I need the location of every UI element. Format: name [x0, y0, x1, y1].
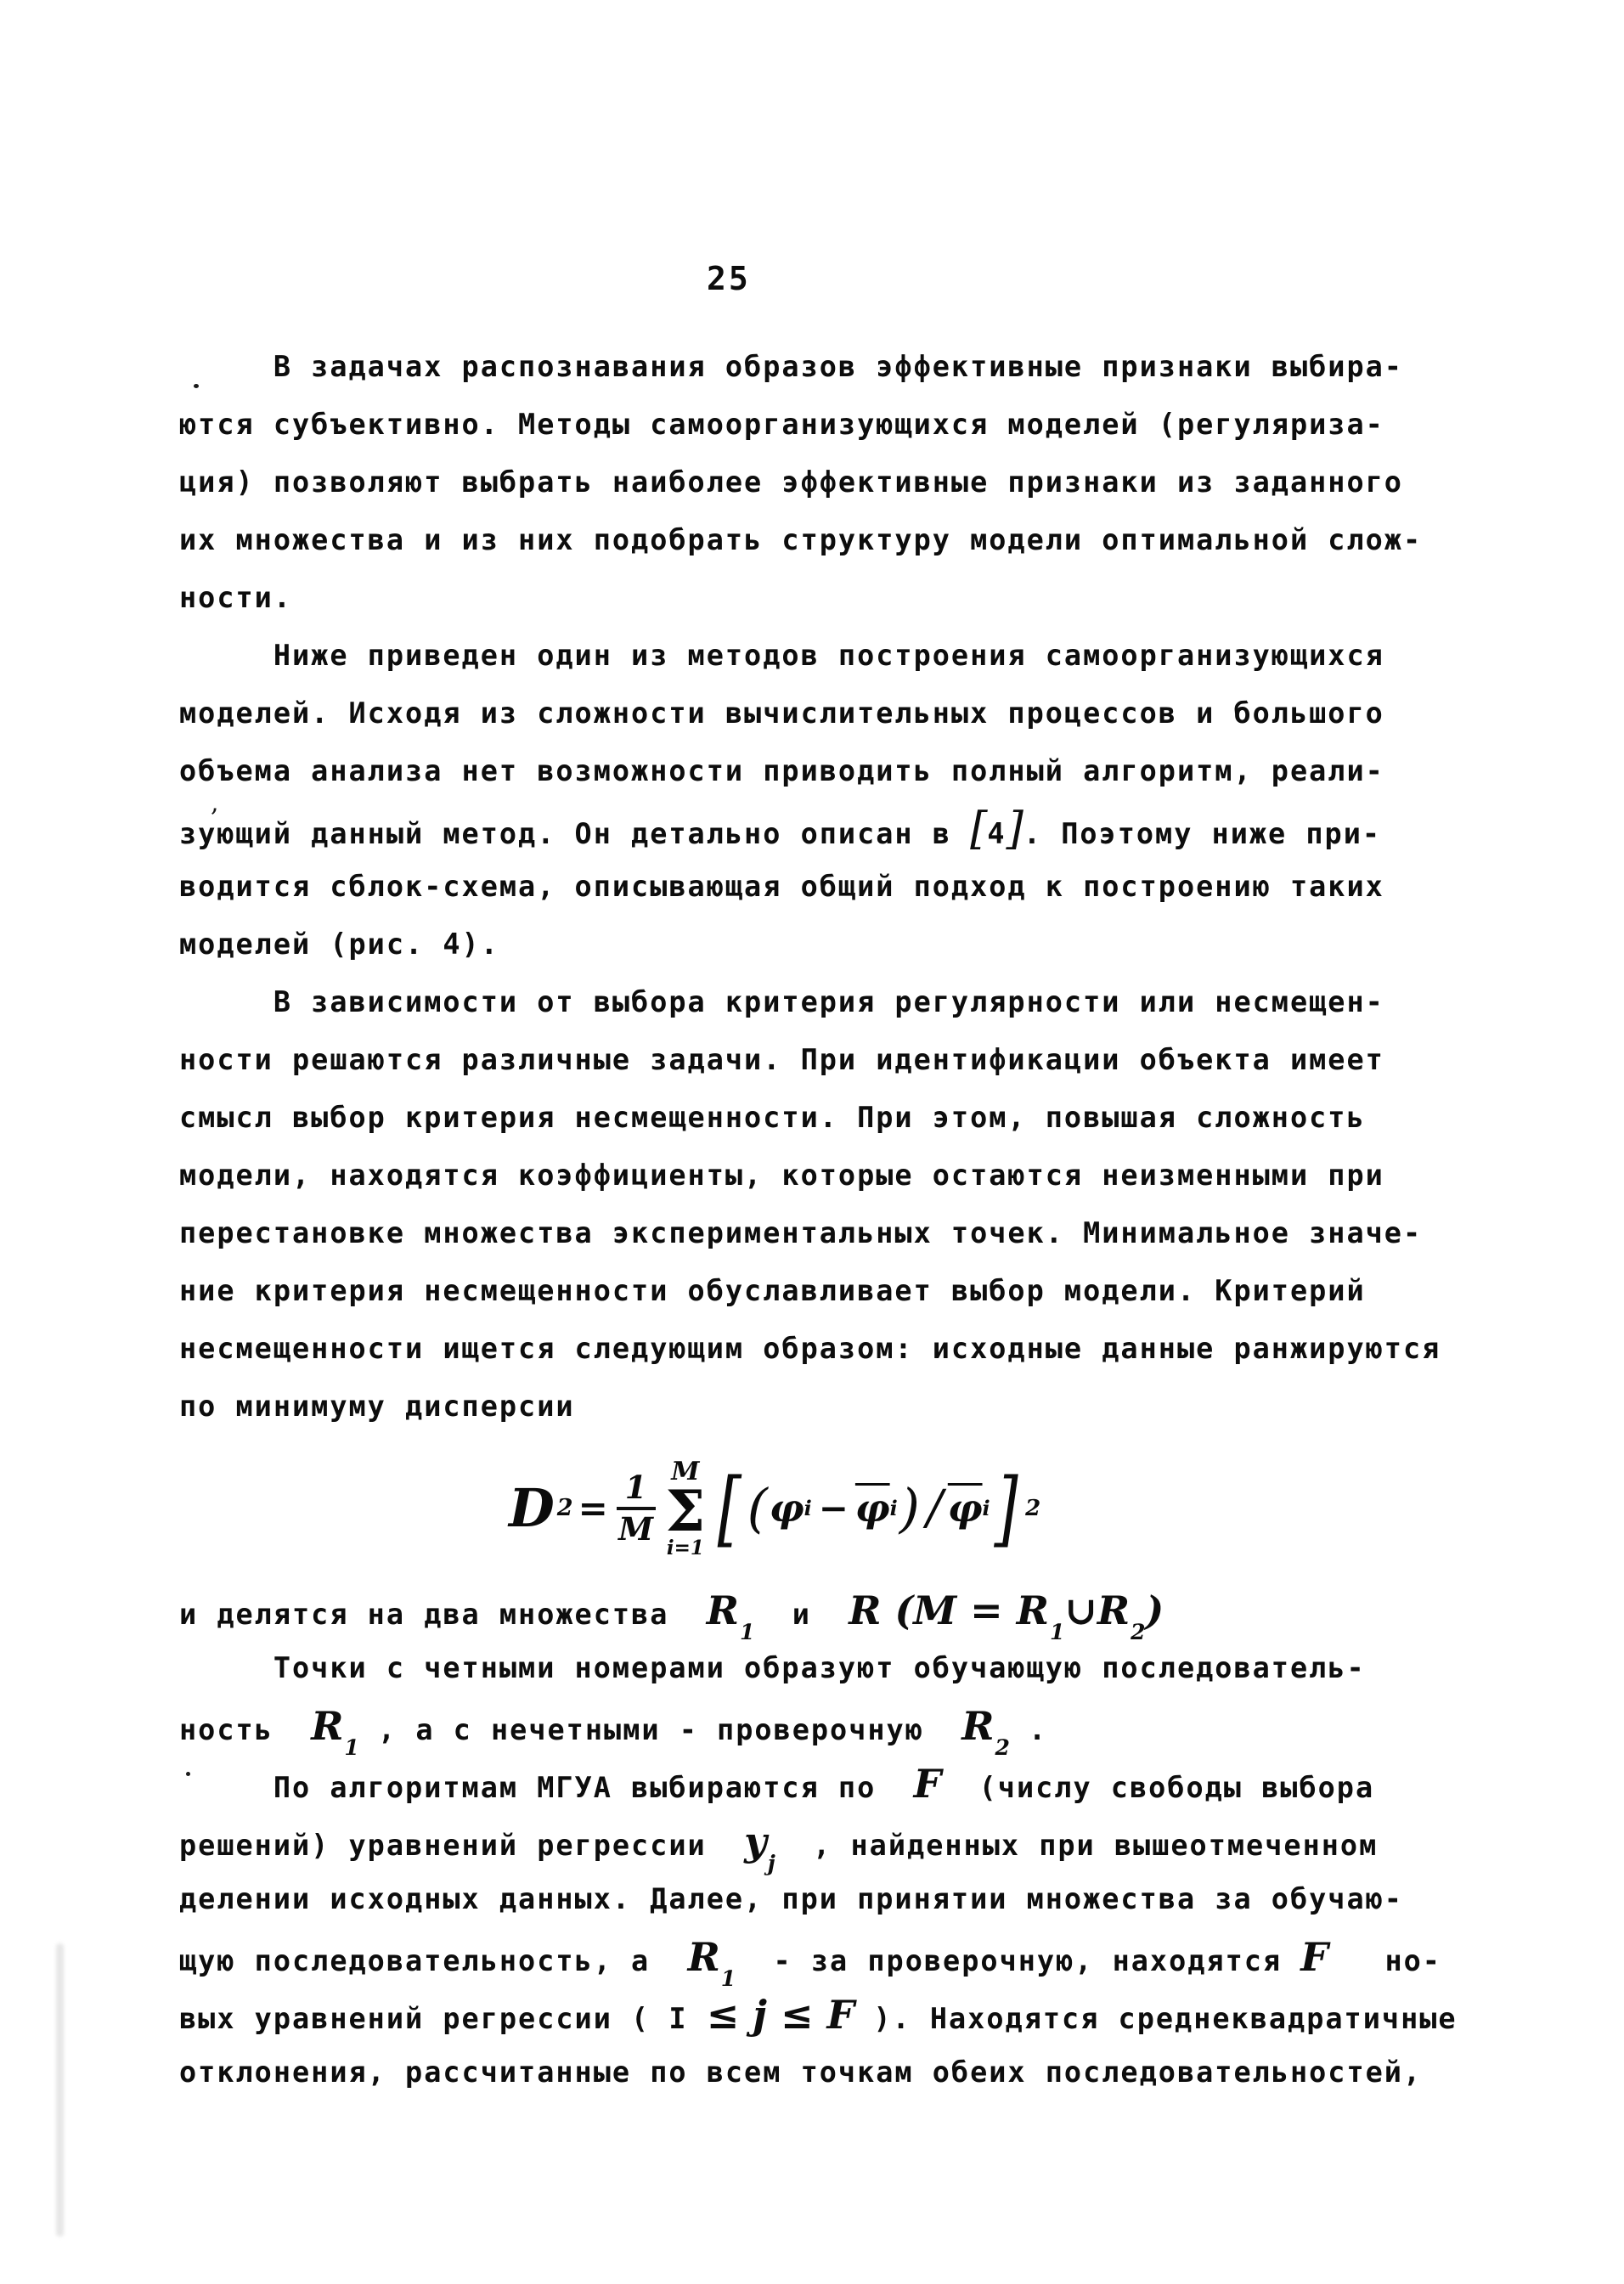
formula-fraction: 1 M	[617, 1470, 656, 1546]
text-line: ность R1 , а с нечетными - проверочную R…	[179, 1697, 1538, 1755]
scan-stray-mark: ,	[211, 788, 219, 818]
scan-speck	[194, 384, 199, 388]
text-run: ются субъективно. Методы самоорганизующи…	[179, 408, 1384, 441]
text-run: Точки с четными номерами образуют обучаю…	[179, 1651, 1366, 1684]
text-run: модели, находятся коэффициенты, которые …	[179, 1159, 1384, 1192]
math-symbol: R2	[961, 1703, 1010, 1749]
text-line: зующий данный метод. Он детально описан …	[179, 800, 1538, 858]
math-symbol: F	[1300, 1934, 1328, 1980]
text-run: ние критерия несмещенности обуславливает…	[179, 1274, 1366, 1307]
math-symbol: ≤ j ≤ F	[707, 1992, 854, 2038]
text-line: несмещенности ищется следующим образом: …	[179, 1320, 1538, 1378]
text-run: вых уравнений регрессии ( I	[179, 2002, 707, 2035]
text-line: ние критерия несмещенности обуславливает…	[179, 1262, 1538, 1320]
text-run: их множества и из них подобрать структур…	[179, 523, 1422, 556]
text-run: щую последовательность, а	[179, 1944, 688, 1977]
text-run: ности.	[179, 581, 292, 614]
fraction-denominator: M	[618, 1510, 653, 1547]
text-run: ности решаются различные задачи. При иде…	[179, 1043, 1384, 1076]
math-symbol: R1	[707, 1588, 755, 1633]
text-line: щую последовательность, а R1 - за провер…	[179, 1928, 1538, 1986]
scan-speck	[186, 1772, 190, 1776]
text-line: ности решаются различные задачи. При иде…	[179, 1031, 1538, 1089]
text-line: ются субъективно. Методы самоорганизующи…	[179, 396, 1538, 454]
text-run: , а с нечетными - проверочную	[359, 1713, 961, 1746]
math-symbol: R1	[311, 1703, 359, 1749]
math-symbol: F	[914, 1761, 942, 1807]
text-line: Точки с четными номерами образуют обучаю…	[179, 1639, 1538, 1697]
text-line: В задачах распознавания образов эффектив…	[179, 338, 1538, 396]
text-run: . Поэтому ниже при-	[1023, 817, 1381, 850]
text-line: водится сблок-схема, описывающая общий п…	[179, 858, 1538, 916]
text-run: В задачах распознавания образов эффектив…	[179, 350, 1403, 383]
sigma-symbol: Σ	[666, 1485, 706, 1538]
text-line: объема анализа нет возможности приводить…	[179, 742, 1538, 800]
page-number: 25	[707, 260, 751, 297]
text-line: моделей (рис. 4).	[179, 916, 1538, 973]
text-run: зующий данный метод. Он детально описан …	[179, 817, 970, 850]
text-run: ). Находятся среднеквадратичные	[854, 2002, 1457, 2035]
text-run: - за проверочную, находятся	[736, 1944, 1300, 1977]
text-run: моделей (рис. 4).	[179, 928, 499, 961]
text-run: моделей. Исходя из сложности вычислитель…	[179, 696, 1384, 730]
text-line: решений) уравнений регрессии yj , найден…	[179, 1813, 1538, 1870]
text-run: по минимуму дисперсии	[179, 1390, 575, 1423]
text-run: .	[1010, 1713, 1047, 1746]
math-symbol: R (M =	[849, 1588, 1017, 1633]
fraction-numerator: 1	[617, 1470, 656, 1510]
text-run: водится сблок-схема, описывающая общий п…	[179, 870, 1384, 903]
text-run: (числу свободы выбора	[941, 1771, 1374, 1804]
math-symbol: )	[1146, 1588, 1164, 1633]
text-line: смысл выбор критерия несмещенности. При …	[179, 1089, 1538, 1147]
text-line: Ниже приведен один из методов построения…	[179, 627, 1538, 685]
body-text: В задачах распознавания образов эффектив…	[179, 338, 1538, 2101]
text-run: отклонения, рассчитанные по всем точкам …	[179, 2056, 1422, 2089]
text-line: перестановке множества экспериментальных…	[179, 1204, 1538, 1262]
text-run: ция) позволяют выбрать наиболее эффектив…	[179, 465, 1403, 499]
text-run: , найденных при вышеотмеченном	[775, 1829, 1378, 1862]
text-line: отклонения, рассчитанные по всем точкам …	[179, 2044, 1538, 2101]
text-run: но-	[1328, 1944, 1441, 1977]
text-line: модели, находятся коэффициенты, которые …	[179, 1147, 1538, 1204]
text-run: решений) уравнений регрессии	[179, 1829, 744, 1862]
text-run: делении исходных данных. Далее, при прин…	[179, 1882, 1403, 1915]
math-symbol: R1	[688, 1934, 736, 1980]
text-line: по минимуму дисперсии	[179, 1378, 1538, 1435]
paragraphs-bottom: и делятся на два множества R1 и R (M = R…	[179, 1582, 1538, 2101]
summation-lower-limit: i=1	[667, 1538, 704, 1558]
text-line: В зависимости от выбора критерия регуляр…	[179, 973, 1538, 1031]
text-run: смысл выбор критерия несмещенности. При …	[179, 1101, 1366, 1134]
text-run: и	[754, 1598, 849, 1631]
math-symbol: yj	[744, 1819, 775, 1864]
text-run: В зависимости от выбора критерия регуляр…	[179, 985, 1384, 1018]
text-run: и делятся на два множества	[179, 1598, 707, 1631]
text-run: ность	[179, 1713, 311, 1746]
scan-edge-smudge	[56, 1943, 64, 2236]
text-line: моделей. Исходя из сложности вычислитель…	[179, 685, 1538, 742]
text-run: перестановке множества экспериментальных…	[179, 1216, 1422, 1249]
math-symbol: R1	[1017, 1588, 1065, 1633]
dispersion-formula: D2 = 1 M M Σ i=1 [ ( φi − φi ) / φi ] 2	[179, 1435, 1538, 1582]
text-run: объема анализа нет возможности приводить…	[179, 754, 1384, 787]
text-run: 4	[987, 817, 1006, 850]
text-line: и делятся на два множества R1 и R (M = R…	[179, 1582, 1538, 1639]
text-run: По алгоритмам МГУА выбираются по	[179, 1771, 914, 1804]
formula-summation: M Σ i=1	[666, 1459, 706, 1558]
math-symbol: ∪	[1064, 1588, 1097, 1633]
text-run: Ниже приведен один из методов построения…	[179, 639, 1384, 672]
text-line: По алгоритмам МГУА выбираются по F (числ…	[179, 1755, 1538, 1813]
text-line: вых уравнений регрессии ( I ≤ j ≤ F ). Н…	[179, 1986, 1538, 2044]
text-line: ция) позволяют выбрать наиболее эффектив…	[179, 454, 1538, 511]
math-symbol: ]	[1007, 804, 1023, 854]
paragraphs-top: В задачах распознавания образов эффектив…	[179, 338, 1538, 1435]
math-symbol: [	[970, 804, 987, 854]
text-line: делении исходных данных. Далее, при прин…	[179, 1870, 1538, 1928]
text-run: несмещенности ищется следующим образом: …	[179, 1332, 1441, 1365]
math-symbol: R2	[1097, 1588, 1146, 1633]
text-line: ности.	[179, 569, 1538, 627]
document-page: 25 В задачах распознавания образов эффек…	[0, 0, 1624, 2284]
text-line: их множества и из них подобрать структур…	[179, 511, 1538, 569]
